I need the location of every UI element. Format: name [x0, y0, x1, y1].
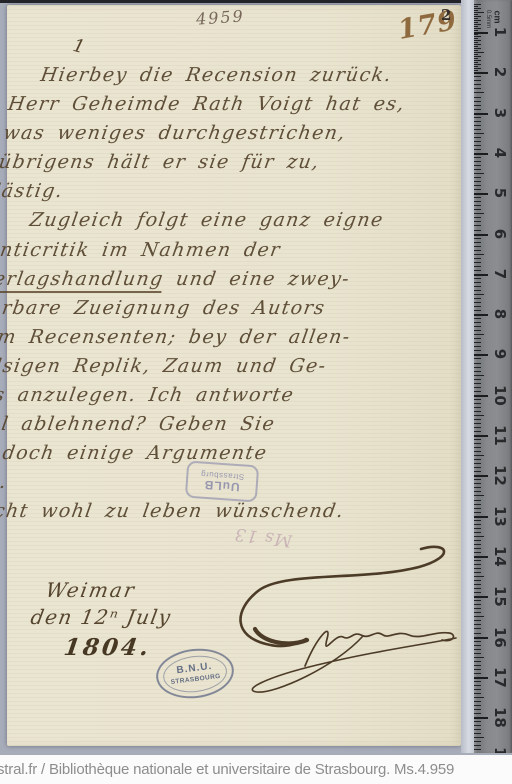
- ruler-halfmm-tick: [474, 54, 478, 55]
- ruler-tick: [474, 330, 481, 331]
- ruler-tick: [474, 544, 481, 545]
- ruler-tick: [474, 560, 481, 561]
- ruler-tick: [474, 230, 481, 231]
- ruler-number: 9: [491, 344, 509, 364]
- ruler-number: 3: [491, 103, 509, 123]
- ruler-tick: [474, 334, 484, 335]
- ruler-halfmm-tick: [474, 34, 478, 35]
- ruler-tick: [474, 28, 481, 29]
- ruler-tick: [474, 717, 488, 719]
- ruler-tick: [474, 596, 488, 598]
- ruler-tick: [474, 286, 481, 287]
- ruler-tick: [474, 616, 484, 617]
- ruler-tick: [474, 439, 481, 440]
- manuscript-line: biss anzulegen. Ich antworte: [0, 381, 406, 410]
- ruler-tick: [474, 572, 481, 573]
- ruler-tick: [474, 451, 481, 452]
- manuscript-line: fallsigen Replik, Zaum und Ge-: [0, 352, 411, 381]
- ruler-tick: [474, 604, 481, 605]
- ruler-halfmm-tick: [474, 26, 478, 27]
- ruler-tick: [474, 318, 481, 319]
- ruler-number: 13: [491, 506, 509, 526]
- ruler-halfmm-tick: [474, 10, 478, 11]
- manuscript-line: Anticritik im Nahmen der: [0, 236, 429, 265]
- manuscript-line: Hierbey die Recension zurück.: [10, 61, 457, 90]
- ruler-tick: [474, 612, 481, 613]
- ruler-tick: [474, 391, 481, 392]
- manuscript-line: derbare Zueignung des Autors: [0, 294, 420, 323]
- ruler-tick: [474, 350, 481, 351]
- ruler-tick: [474, 20, 481, 21]
- closing-place: Weimar: [44, 578, 138, 602]
- caption-text: stral.fr / Bibliothèque nationale et uni…: [0, 761, 454, 778]
- folio-number-superscript: 2: [441, 6, 451, 24]
- ruler-tick: [474, 173, 484, 174]
- ruler-tick: [474, 685, 481, 686]
- ruler-number: 1: [491, 22, 509, 42]
- ruler-number: 18: [491, 707, 509, 727]
- ruler-number: 6: [491, 224, 509, 244]
- ruler-tick: [474, 24, 481, 25]
- ruler-tick: [474, 109, 481, 110]
- ruler-tick: [474, 282, 481, 283]
- ruler-tick: [474, 209, 481, 210]
- ruler-tick: [474, 185, 481, 186]
- ruler-tick: [474, 524, 481, 525]
- manuscript-line: Herr Geheimde Rath Voigt hat es,: [6, 90, 453, 119]
- ruler-tick: [474, 479, 481, 480]
- ruler-number: 5: [491, 183, 509, 203]
- ruler-tick: [474, 383, 481, 384]
- ruler-tick: [474, 669, 481, 670]
- closing-date: den 12ⁿ July: [29, 605, 174, 629]
- ruler-tick: [474, 16, 481, 17]
- ruler-tick: [474, 419, 481, 420]
- ruler-tick: [474, 721, 481, 722]
- ruler-tick: [474, 633, 481, 634]
- ruler-tick: [474, 314, 488, 316]
- ruler-number: 16: [491, 627, 509, 647]
- ruler-tick: [474, 745, 481, 746]
- ruler-tick: [474, 250, 481, 251]
- ruler-tick: [474, 161, 481, 162]
- ruler-halfmm-tick: [474, 70, 478, 71]
- pencil-shelfmark: 4959: [195, 6, 245, 28]
- ruler-tick: [474, 149, 481, 150]
- ruler-tick: [474, 326, 481, 327]
- ruler-tick: [474, 201, 481, 202]
- ruler-tick: [474, 76, 481, 77]
- ruler-tick: [474, 270, 481, 271]
- ruler-tick: [474, 600, 481, 601]
- ruler-tick: [474, 540, 481, 541]
- caption-bar: stral.fr / Bibliothèque nationale et uni…: [0, 755, 512, 784]
- ruler-tick: [474, 749, 481, 750]
- ruler-number: 12: [491, 465, 509, 485]
- ruler-tick: [474, 72, 488, 74]
- ruler-halfmm-tick: [474, 58, 478, 59]
- ruler-tick: [474, 165, 481, 166]
- ruler-tick: [474, 504, 481, 505]
- ruler-tick: [474, 105, 481, 106]
- ruler-tick: [474, 189, 481, 190]
- ruler-number: 11: [491, 425, 509, 445]
- ruler-tick: [474, 395, 488, 397]
- manuscript-line: lästig.: [0, 177, 439, 206]
- ruler-tick: [474, 294, 484, 295]
- bnu-stamp-inner-oval: B.N.U. STRASBOURG: [161, 652, 229, 696]
- ruler-tick: [474, 169, 481, 170]
- photo-top-edge: [0, 0, 512, 3]
- ruler-tick: [474, 68, 481, 69]
- ruler-tick: [474, 92, 484, 93]
- ruler-tick: [474, 649, 481, 650]
- ruler-halfmm-tick: [474, 66, 478, 67]
- ruler-halfmm-tick: [474, 50, 478, 51]
- ruler-tick: [474, 637, 488, 639]
- ruler-tick: [474, 80, 481, 81]
- ruler-tick: [474, 367, 481, 368]
- ruler-tick: [474, 278, 481, 279]
- ruler-halfmm-tick: [474, 38, 478, 39]
- ruler-tick: [474, 371, 481, 372]
- ruler-number: 15: [491, 586, 509, 606]
- ruler-tick: [474, 298, 481, 299]
- ruler-tick: [474, 40, 481, 41]
- manuscript-line: übrigens hält er sie für zu,: [0, 148, 443, 177]
- ruler-tick: [474, 701, 481, 702]
- ruler-tick: [474, 221, 481, 222]
- ruler-tick: [474, 729, 481, 730]
- ruler-tick: [474, 516, 488, 518]
- ruler-tick: [474, 681, 481, 682]
- ruler-tick: [474, 84, 481, 85]
- ruler-tick: [474, 387, 481, 388]
- ruler-tick: [474, 411, 481, 412]
- ruler-tick: [474, 121, 481, 122]
- ruler-tick: [474, 403, 481, 404]
- closing-year: 1804.: [62, 634, 153, 661]
- ruler-tick: [474, 620, 481, 621]
- ruler-halfmm-tick: [474, 62, 478, 63]
- ruler-tick: [474, 459, 481, 460]
- ruler-tick: [474, 342, 481, 343]
- ruler-number: 14: [491, 546, 509, 566]
- ruler-tick: [474, 500, 481, 501]
- ruler-tick: [474, 725, 481, 726]
- ruler-tick: [474, 234, 488, 236]
- ruler-tick: [474, 145, 481, 146]
- ruler-tick: [474, 427, 481, 428]
- ruler-number: 7: [491, 264, 509, 284]
- ruler-tick: [474, 274, 488, 276]
- ruler-tick: [474, 354, 488, 356]
- ruler-tick: [474, 491, 481, 492]
- manuscript-line: Verlagshandlung und eine zwey-: [0, 265, 425, 294]
- ruler-tick: [474, 379, 481, 380]
- manuscript-line: dem Recensenten; bey der allen-: [0, 323, 416, 352]
- ruler-tick: [474, 8, 481, 9]
- manuscript-line: Zugleich folgt eine ganz eigne: [0, 206, 434, 235]
- ruler-tick: [474, 475, 488, 477]
- ruler-tick: [474, 205, 481, 206]
- ruler-tick: [474, 709, 481, 710]
- ruler-tick: [474, 645, 481, 646]
- ruler-tick: [474, 653, 481, 654]
- ruler-tick: [474, 733, 481, 734]
- ruler-tick: [474, 576, 484, 577]
- ruler-tick: [474, 512, 481, 513]
- ruler-halfmm-tick: [474, 14, 478, 15]
- ruler-tick: [474, 193, 488, 195]
- ruler-number: 2: [491, 62, 509, 82]
- ruler-tick: [474, 564, 481, 565]
- ruler-tick: [474, 213, 484, 214]
- ruler-tick: [474, 471, 481, 472]
- ruler-tick: [474, 137, 481, 138]
- ruler-tick: [474, 455, 484, 456]
- ruler-tick: [474, 665, 481, 666]
- ruler-tick: [474, 133, 484, 134]
- ruler-tick: [474, 56, 481, 57]
- ruler-tick: [474, 322, 481, 323]
- ruler-number: 4: [491, 143, 509, 163]
- ruler-tick: [474, 508, 481, 509]
- ruler-halfmm-tick: [474, 30, 478, 31]
- ruler-tick: [474, 705, 481, 706]
- ruler-tick: [474, 592, 481, 593]
- ruler-tick: [474, 177, 481, 178]
- ruler-tick: [474, 266, 481, 267]
- ruler-tick: [474, 97, 481, 98]
- ruler-tick: [474, 242, 481, 243]
- ruler-tick: [474, 258, 481, 259]
- ruler-tick: [474, 88, 481, 89]
- ruler-tick: [474, 4, 481, 5]
- ruler-tick: [474, 435, 488, 437]
- ruler-tick: [474, 628, 481, 629]
- ruler-tick: [474, 661, 481, 662]
- manuscript-line: wohl ablehnend? Geben Sie: [0, 410, 402, 439]
- ruler-tick: [474, 254, 484, 255]
- ruler-tick: [474, 302, 481, 303]
- ruler-tick: [474, 556, 488, 558]
- ruler: 0.5mm cm 12345678910111213141516171819: [474, 0, 512, 753]
- ruler-tick: [474, 36, 481, 37]
- ruler-halfmm-tick: [474, 46, 478, 47]
- ruler-tick: [474, 737, 484, 738]
- ruler-tick: [474, 713, 481, 714]
- ruler-tick: [474, 495, 484, 496]
- ruler-tick: [474, 415, 484, 416]
- ruler-tick: [474, 113, 488, 115]
- ruler-tick: [474, 741, 481, 742]
- ruler-halfmm-tick: [474, 6, 478, 7]
- ruler-tick: [474, 407, 481, 408]
- ruler-tick: [474, 181, 481, 182]
- ruler-tick: [474, 346, 481, 347]
- ruler-tick: [474, 197, 481, 198]
- ulb-library-stamp-upside-down: UuLB Strassburg: [185, 461, 259, 503]
- goethe-signature-flourish: Goethe: [225, 533, 470, 701]
- ruler-tick: [474, 580, 481, 581]
- ruler-tick: [474, 141, 481, 142]
- ruler-tick: [474, 673, 481, 674]
- ruler-halfmm-tick: [474, 22, 478, 23]
- ruler-tick: [474, 624, 481, 625]
- ruler-tick: [474, 238, 481, 239]
- ruler-tick: [474, 677, 488, 679]
- ruler-tick: [474, 467, 481, 468]
- ruler-tick: [474, 48, 481, 49]
- ruler-tick: [474, 358, 481, 359]
- ruler-tick: [474, 129, 481, 130]
- ruler-tick: [474, 528, 481, 529]
- ruler-tick: [474, 552, 481, 553]
- ruler-tick: [474, 44, 481, 45]
- ruler-tick: [474, 117, 481, 118]
- ruler-tick: [474, 487, 481, 488]
- ruler-tick: [474, 548, 481, 549]
- ruler-tick: [474, 12, 484, 13]
- ruler-number: 8: [491, 304, 509, 324]
- ruler-tick: [474, 520, 481, 521]
- ruler-tick: [474, 447, 481, 448]
- ruler-tick: [474, 431, 481, 432]
- ruler-halfmm-tick: [474, 42, 478, 43]
- ruler-tick: [474, 246, 481, 247]
- ruler-tick: [474, 584, 481, 585]
- ruler-tick: [474, 375, 484, 376]
- ruler-tick: [474, 153, 488, 155]
- ruler-number: 10: [491, 385, 509, 405]
- manuscript-line: Recht wohl zu leben wünschend.: [0, 497, 388, 526]
- ruler-tick: [474, 290, 481, 291]
- ruler-halfmm-tick: [474, 18, 478, 19]
- ruler-tick: [474, 697, 484, 698]
- ruler-tick: [474, 363, 481, 364]
- ruler-tick: [474, 532, 481, 533]
- ruler-tick: [474, 568, 481, 569]
- ruler-tick: [474, 483, 481, 484]
- ruler-tick: [474, 101, 481, 102]
- ruler-tick: [474, 338, 481, 339]
- ruler-tick: [474, 423, 481, 424]
- ruler-tick: [474, 463, 481, 464]
- ruler-tick: [474, 225, 481, 226]
- ruler-tick: [474, 608, 481, 609]
- ruler-tick: [474, 689, 481, 690]
- ruler-tick: [474, 588, 481, 589]
- underlined-word: Verlagshandlung: [0, 268, 166, 293]
- ruler-number: 17: [491, 667, 509, 687]
- ruler-tick: [474, 399, 481, 400]
- ruler-tick: [474, 693, 481, 694]
- ruler-tick: [474, 262, 481, 263]
- ruler-tick: [474, 641, 481, 642]
- ruler-tick: [474, 306, 481, 307]
- manuscript-line: was weniges durchgestrichen,: [1, 119, 448, 148]
- ruler-tick: [474, 64, 481, 65]
- ruler-number: 19: [491, 747, 509, 753]
- ruler-tick: [474, 657, 484, 658]
- ruler-tick: [474, 310, 481, 311]
- ruler-tick: [474, 157, 481, 158]
- ruler-tick: [474, 443, 481, 444]
- ruler-tick: [474, 125, 481, 126]
- manuscript-text-block: Hierbey die Recension zurück.Herr Geheim…: [0, 61, 457, 527]
- ruler-tick: [474, 60, 481, 61]
- ruler-tick: [474, 52, 484, 53]
- ruler-tick: [474, 217, 481, 218]
- ruler-tick: [474, 536, 484, 537]
